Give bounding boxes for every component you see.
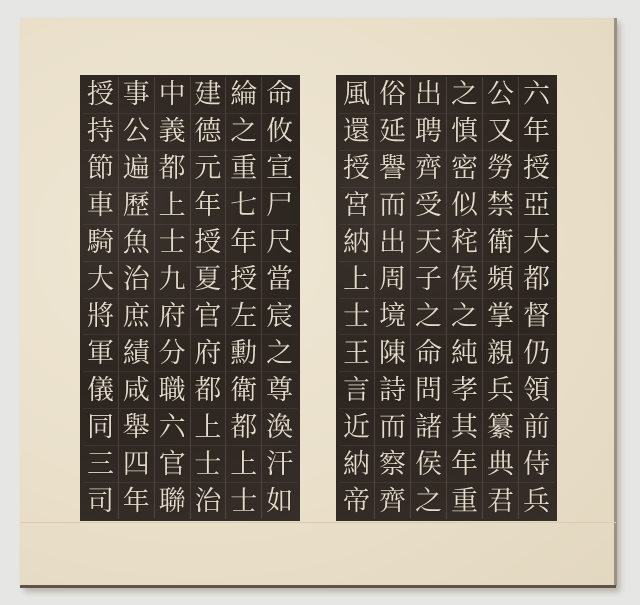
character-cell: 將 (83, 298, 118, 335)
rubbing-panel-right: 六年授亞大都督仍領前侍兵公又勞禁衛頻掌親兵纂典君之慎密似秺侯之純孝其年重出聘齊受… (336, 75, 557, 521)
character-cell: 當 (262, 261, 297, 298)
character-cell: 節 (83, 150, 118, 187)
character-cell: 前 (519, 408, 554, 445)
character-cell: 建 (191, 77, 226, 113)
character-cell: 大 (519, 224, 554, 261)
character-cell: 天 (411, 224, 446, 261)
character-cell: 侯 (411, 445, 446, 482)
character-cell: 遍 (119, 150, 154, 187)
character-cell: 都 (519, 261, 554, 298)
character-cell: 授 (191, 224, 226, 261)
character-cell: 秺 (447, 224, 482, 261)
character-cell: 諸 (411, 408, 446, 445)
character-cell: 四 (119, 445, 154, 482)
character-cell: 授 (226, 261, 261, 298)
page-edge-bottom (20, 585, 616, 588)
character-cell: 左 (226, 298, 261, 335)
character-cell: 親 (483, 334, 518, 371)
character-cell: 督 (519, 298, 554, 335)
character-cell: 命 (262, 77, 297, 113)
character-cell: 勳 (226, 334, 261, 371)
character-cell: 年 (519, 113, 554, 150)
text-column: 授持節車騎大將軍儀同三司 (83, 77, 118, 519)
character-cell: 俗 (375, 77, 410, 113)
character-cell: 授 (519, 150, 554, 187)
page-edge-right (614, 18, 617, 586)
character-cell: 宣 (262, 150, 297, 187)
character-cell: 府 (191, 334, 226, 371)
character-cell: 言 (339, 371, 374, 408)
character-cell: 兵 (519, 482, 554, 519)
character-cell: 典 (483, 445, 518, 482)
character-cell: 領 (519, 371, 554, 408)
character-cell: 譽 (375, 150, 410, 187)
character-cell: 受 (411, 187, 446, 224)
character-cell: 頻 (483, 261, 518, 298)
character-cell: 之 (411, 482, 446, 519)
character-cell: 尊 (262, 371, 297, 408)
character-cell: 授 (83, 77, 118, 113)
character-cell: 上 (191, 408, 226, 445)
character-cell: 之 (411, 298, 446, 335)
character-cell: 年 (447, 445, 482, 482)
character-cell: 官 (191, 298, 226, 335)
character-cell: 聯 (155, 482, 190, 519)
character-cell: 年 (226, 224, 261, 261)
character-cell: 職 (155, 371, 190, 408)
character-cell: 士 (191, 445, 226, 482)
character-cell: 攸 (262, 113, 297, 150)
character-cell: 之 (262, 334, 297, 371)
character-cell: 孝 (447, 371, 482, 408)
character-cell: 而 (375, 408, 410, 445)
character-cell: 分 (155, 334, 190, 371)
character-cell: 年 (119, 482, 154, 519)
character-cell: 士 (339, 298, 374, 335)
character-cell: 陳 (375, 334, 410, 371)
character-cell: 魚 (119, 224, 154, 261)
character-cell: 都 (191, 371, 226, 408)
character-cell: 同 (83, 408, 118, 445)
character-cell: 官 (155, 445, 190, 482)
character-cell: 風 (339, 77, 374, 113)
character-cell: 德 (191, 113, 226, 150)
character-cell: 綸 (226, 77, 261, 113)
character-cell: 汗 (262, 445, 297, 482)
character-cell: 軍 (83, 334, 118, 371)
character-cell: 三 (83, 445, 118, 482)
character-cell: 夏 (191, 261, 226, 298)
character-cell: 公 (483, 77, 518, 113)
character-cell: 出 (375, 224, 410, 261)
character-cell: 兵 (483, 371, 518, 408)
character-cell: 延 (375, 113, 410, 150)
character-cell: 上 (226, 445, 261, 482)
character-cell: 如 (262, 482, 297, 519)
character-cell: 之 (226, 113, 261, 150)
character-cell: 車 (83, 187, 118, 224)
character-cell: 侯 (447, 261, 482, 298)
character-cell: 尸 (262, 187, 297, 224)
text-column: 綸之重七年授左勳衛都上士 (225, 77, 261, 519)
character-cell: 大 (83, 261, 118, 298)
character-cell: 庶 (119, 298, 154, 335)
character-cell: 授 (339, 150, 374, 187)
character-cell: 都 (226, 408, 261, 445)
character-cell: 尺 (262, 224, 297, 261)
character-cell: 治 (191, 482, 226, 519)
character-cell: 勞 (483, 150, 518, 187)
character-cell: 衛 (226, 371, 261, 408)
character-cell: 年 (191, 187, 226, 224)
character-cell: 似 (447, 187, 482, 224)
character-cell: 密 (447, 150, 482, 187)
text-column: 命攸宣尸尺當宸之尊渙汗如 (261, 77, 297, 519)
character-cell: 都 (155, 150, 190, 187)
character-cell: 而 (375, 187, 410, 224)
character-cell: 纂 (483, 408, 518, 445)
page-fold-line (20, 522, 616, 523)
character-cell: 六 (519, 77, 554, 113)
character-cell: 歷 (119, 187, 154, 224)
character-cell: 問 (411, 371, 446, 408)
character-cell: 君 (483, 482, 518, 519)
character-cell: 上 (339, 261, 374, 298)
character-cell: 舉 (119, 408, 154, 445)
character-cell: 衛 (483, 224, 518, 261)
character-cell: 近 (339, 408, 374, 445)
character-cell: 九 (155, 261, 190, 298)
text-column: 風還授宮納上士王言近納帝 (339, 77, 374, 519)
character-cell: 又 (483, 113, 518, 150)
character-cell: 仍 (519, 334, 554, 371)
text-column: 六年授亞大都督仍領前侍兵 (518, 77, 554, 519)
character-cell: 掌 (483, 298, 518, 335)
text-column: 出聘齊受天子之命問諸侯之 (410, 77, 446, 519)
character-cell: 宮 (339, 187, 374, 224)
text-column: 中義都上士九府分職六官聯 (154, 77, 190, 519)
character-cell: 七 (226, 187, 261, 224)
character-cell: 重 (226, 150, 261, 187)
character-cell: 治 (119, 261, 154, 298)
character-cell: 其 (447, 408, 482, 445)
character-cell: 境 (375, 298, 410, 335)
character-cell: 重 (447, 482, 482, 519)
character-cell: 之 (447, 77, 482, 113)
character-cell: 納 (339, 224, 374, 261)
character-cell: 事 (119, 77, 154, 113)
character-cell: 六 (155, 408, 190, 445)
character-cell: 聘 (411, 113, 446, 150)
character-cell: 齊 (411, 150, 446, 187)
character-cell: 之 (447, 298, 482, 335)
text-column: 俗延譽而出周境陳詩而察齊 (374, 77, 410, 519)
character-cell: 慎 (447, 113, 482, 150)
character-cell: 咸 (119, 371, 154, 408)
character-cell: 禁 (483, 187, 518, 224)
character-cell: 公 (119, 113, 154, 150)
character-cell: 儀 (83, 371, 118, 408)
character-cell: 帝 (339, 482, 374, 519)
character-cell: 亞 (519, 187, 554, 224)
character-cell: 義 (155, 113, 190, 150)
character-cell: 王 (339, 334, 374, 371)
character-cell: 出 (411, 77, 446, 113)
character-cell: 齊 (375, 482, 410, 519)
character-cell: 還 (339, 113, 374, 150)
character-cell: 侍 (519, 445, 554, 482)
character-cell: 元 (191, 150, 226, 187)
character-cell: 騎 (83, 224, 118, 261)
character-cell: 周 (375, 261, 410, 298)
rubbing-panel-left: 命攸宣尸尺當宸之尊渙汗如綸之重七年授左勳衛都上士建德元年授夏官府都上士治中義都上… (80, 75, 300, 521)
character-cell: 察 (375, 445, 410, 482)
character-cell: 詩 (375, 371, 410, 408)
character-cell: 士 (155, 224, 190, 261)
character-cell: 士 (226, 482, 261, 519)
text-column: 公又勞禁衛頻掌親兵纂典君 (482, 77, 518, 519)
character-cell: 上 (155, 187, 190, 224)
text-column: 建德元年授夏官府都上士治 (190, 77, 226, 519)
character-cell: 納 (339, 445, 374, 482)
character-cell: 子 (411, 261, 446, 298)
character-cell: 宸 (262, 298, 297, 335)
character-cell: 命 (411, 334, 446, 371)
character-cell: 渙 (262, 408, 297, 445)
text-column: 之慎密似秺侯之純孝其年重 (446, 77, 482, 519)
character-cell: 持 (83, 113, 118, 150)
character-cell: 中 (155, 77, 190, 113)
character-cell: 純 (447, 334, 482, 371)
text-column: 事公遍歷魚治庶績咸舉四年 (118, 77, 154, 519)
character-cell: 績 (119, 334, 154, 371)
character-cell: 司 (83, 482, 118, 519)
character-cell: 府 (155, 298, 190, 335)
